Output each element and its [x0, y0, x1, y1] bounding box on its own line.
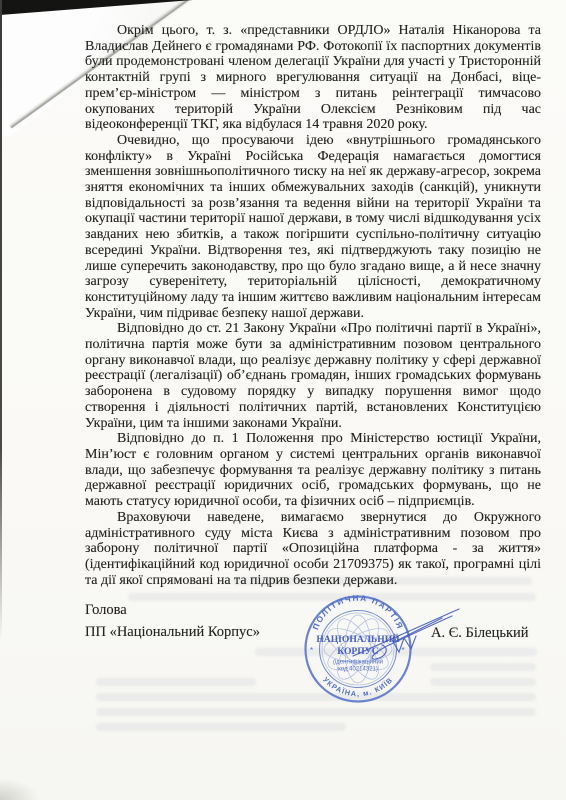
bleed-through-text [430, 678, 536, 686]
scan-left-edge-line [0, 0, 2, 640]
bleed-through-text [96, 678, 256, 686]
signer-title-block: Голова ПП «Національний Корпус» [85, 599, 260, 643]
signer-name: А. Є. Білецький [431, 625, 529, 642]
paragraph-law-article-21: Відповідно до ст. 21 Закону України «Про… [85, 321, 541, 431]
bleed-through-text [96, 723, 346, 731]
paragraph-ordlo-representatives: Окрім цього, т. з. «представники ОРДЛО» … [85, 23, 541, 133]
paragraph-demand: Враховуючи наведене, вимагаємо звернутис… [85, 510, 541, 589]
stamp-separator-star-icon: * [310, 646, 313, 655]
bleed-through-text [96, 708, 536, 716]
signer-title-line2: ПП «Національний Корпус» [85, 621, 260, 643]
paragraph-ministry-of-justice: Відповідно до п. 1 Положення про Міністе… [85, 431, 541, 510]
scan-bottom-smudge [0, 778, 40, 800]
paragraph-internal-conflict: Очевидно, що просуваючи ідею «внутрішньо… [85, 133, 541, 321]
scanned-document-page: Окрім цього, т. з. «представники ОРДЛО» … [0, 0, 566, 800]
document-body: Окрім цього, т. з. «представники ОРДЛО» … [85, 23, 541, 588]
signer-title-line1: Голова [85, 599, 260, 621]
